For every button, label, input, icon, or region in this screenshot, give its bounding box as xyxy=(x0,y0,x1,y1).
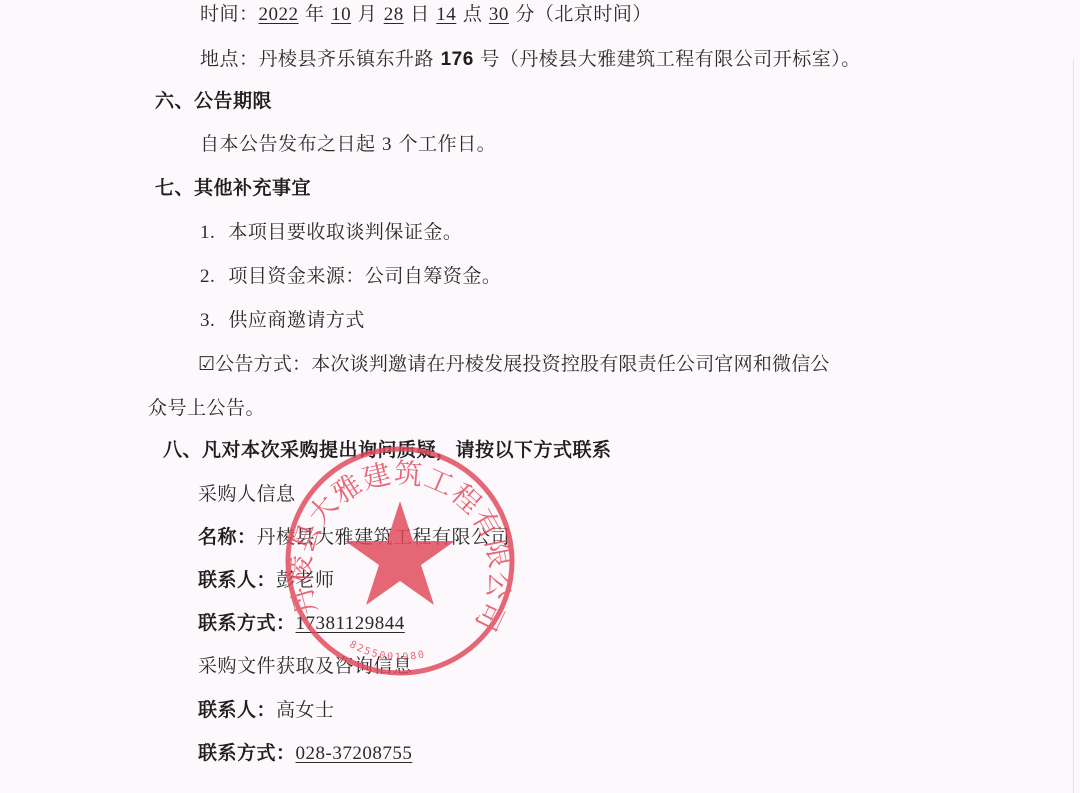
name-value: 丹棱县大雅建筑工程有限公司 xyxy=(257,526,511,548)
section-8-heading: 八、凡对本次采购提出询问质疑，请按以下方式联系 xyxy=(163,436,612,464)
section-6-body-before: 自本公告发布之日起 xyxy=(200,133,382,155)
doc-contact-value: 高女士 xyxy=(276,699,335,721)
section-6-days: 3 xyxy=(382,134,392,155)
location-text-2: 号（丹棱县大雅建筑工程有限公司开标室）。 xyxy=(474,48,861,70)
time-hour-unit: 点 xyxy=(456,3,489,25)
contact-label: 联系人： xyxy=(198,569,276,591)
checkbox-checked-icon: ☑ xyxy=(198,353,215,375)
location-text-1: 丹棱县齐乐镇东升路 xyxy=(259,48,441,70)
phone-label: 联系方式： xyxy=(198,612,296,634)
contact-value: 彭老师 xyxy=(276,569,335,591)
location-label: 地点： xyxy=(200,48,259,70)
time-minute: 30 xyxy=(489,4,509,25)
section-7-heading: 七、其他补充事宜 xyxy=(155,174,311,202)
purchaser-phone-line: 联系方式：17381129844 xyxy=(198,609,405,638)
doc-phone-value: 028-37208755 xyxy=(296,743,413,764)
purchaser-name-line: 名称：丹棱县大雅建筑工程有限公司 xyxy=(198,523,510,551)
time-year-unit: 年 xyxy=(299,3,332,25)
section-6-body: 自本公告发布之日起 3 个工作日。 xyxy=(200,130,496,159)
phone-value: 17381129844 xyxy=(296,613,405,634)
location-number: 176 xyxy=(441,49,474,70)
time-line: 时间：2022 年 10 月 28 日 14 点 30 分（北京时间） xyxy=(200,0,652,29)
time-year: 2022 xyxy=(259,4,299,25)
item-text: 供应商邀请方式 xyxy=(228,309,365,331)
star-icon xyxy=(345,501,455,605)
doc-contact-label: 联系人： xyxy=(198,699,276,721)
section-6-body-after: 个工作日。 xyxy=(392,133,496,155)
purchaser-info-title: 采购人信息 xyxy=(198,480,296,508)
announcement-text: 公告方式：本次谈判邀请在丹棱发展投资控股有限责任公司官网和微信公 xyxy=(215,353,829,375)
time-hour: 14 xyxy=(436,4,456,25)
section-7-item-3: 3. 供应商邀请方式 xyxy=(200,306,365,335)
time-day: 28 xyxy=(384,4,404,25)
section-6-heading: 六、公告期限 xyxy=(155,87,272,115)
doc-phone-label: 联系方式： xyxy=(198,742,296,764)
item-number: 1. xyxy=(200,222,215,243)
item-text: 项目资金来源：公司自筹资金。 xyxy=(228,265,501,287)
page-edge-line xyxy=(1073,60,1074,793)
time-label: 时间： xyxy=(200,3,259,25)
time-day-unit: 日 xyxy=(404,3,437,25)
doc-contact-line: 联系人：高女士 xyxy=(198,696,335,724)
doc-phone-line: 联系方式：028-37208755 xyxy=(198,739,412,768)
item-text: 本项目要收取谈判保证金。 xyxy=(228,221,462,243)
location-line: 地点：丹棱县齐乐镇东升路 176 号（丹棱县大雅建筑工程有限公司开标室）。 xyxy=(200,45,861,74)
doc-info-title: 采购文件获取及咨询信息 xyxy=(198,652,413,680)
purchaser-contact-line: 联系人：彭老师 xyxy=(198,566,335,594)
time-month: 10 xyxy=(331,4,351,25)
announcement-line-1: ☑公告方式：本次谈判邀请在丹棱发展投资控股有限责任公司官网和微信公 xyxy=(198,350,830,378)
time-month-unit: 月 xyxy=(351,3,384,25)
section-7-item-2: 2. 项目资金来源：公司自筹资金。 xyxy=(200,262,501,291)
company-seal-stamp: 丹棱县大雅建筑工程有限公司 8255001980 xyxy=(282,443,518,679)
name-label: 名称： xyxy=(198,526,257,548)
time-minute-unit: 分（北京时间） xyxy=(509,3,652,25)
item-number: 2. xyxy=(200,266,215,287)
announcement-line-2: 众号上公告。 xyxy=(148,394,265,422)
item-number: 3. xyxy=(200,310,215,331)
section-7-item-1: 1. 本项目要收取谈判保证金。 xyxy=(200,218,462,247)
